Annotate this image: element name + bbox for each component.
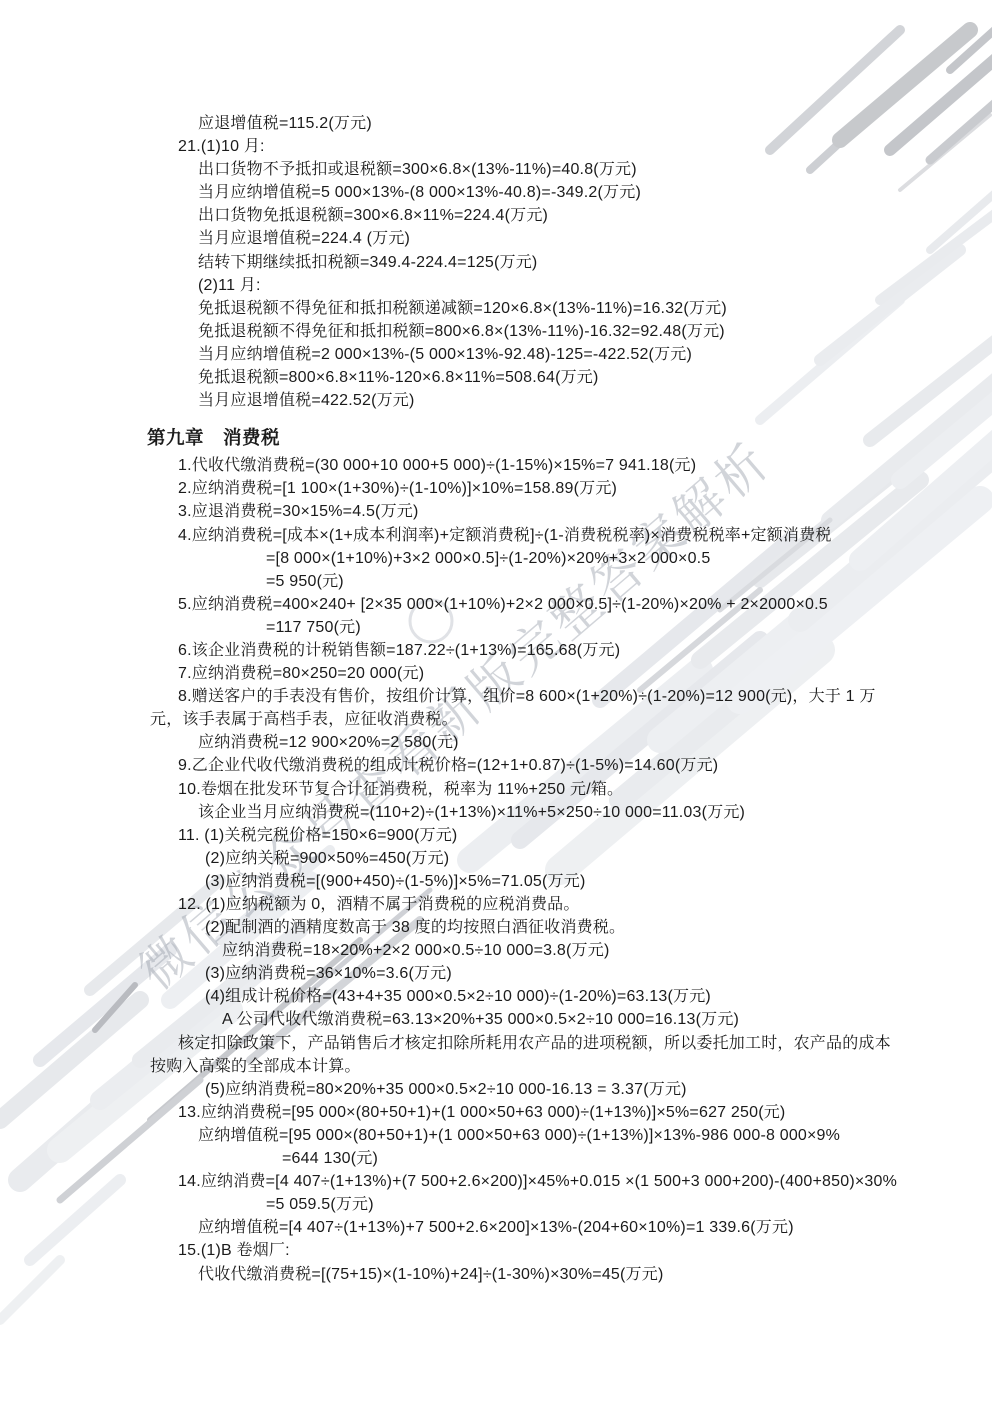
doc-line: =644 130(元): [0, 1147, 992, 1170]
doc-line: 当月应纳增值税=2 000×13%-(5 000×13%-92.48)-125=…: [0, 343, 992, 366]
doc-line: 按购入高粱的全部成本计算。: [0, 1055, 992, 1078]
doc-line: 21.(1)10 月:: [0, 135, 992, 158]
doc-line: A 公司代收代缴消费税=63.13×20%+35 000×0.5×2÷10 00…: [0, 1008, 992, 1031]
doc-line: 该企业当月应纳消费税=(110+2)÷(1+13%)×11%+5×250÷10 …: [0, 801, 992, 824]
doc-line: 8.赠送客户的手表没有售价，按组价计算，组价=8 600×(1+20%)÷(1-…: [0, 685, 992, 708]
doc-line: 免抵退税额=800×6.8×11%-120×6.8×11%=508.64(万元): [0, 366, 992, 389]
document-body: 应退增值税=115.2(万元)21.(1)10 月:出口货物不予抵扣或退税额=3…: [0, 112, 992, 1286]
doc-line: 4.应纳消费税=[成本×(1+成本利润率)+定额消费税]÷(1-消费税税率)×消…: [0, 524, 992, 547]
doc-line: 免抵退税额不得免征和抵扣税额递减额=120×6.8×(13%-11%)=16.3…: [0, 297, 992, 320]
doc-line: =117 750(元): [0, 616, 992, 639]
doc-line: (2)配制酒的酒精度数高于 38 度的均按照白酒征收消费税。: [0, 916, 992, 939]
doc-line: 11. (1)关税完税价格=150×6=900(万元): [0, 824, 992, 847]
doc-line: 出口货物不予抵扣或退税额=300×6.8×(13%-11%)=40.8(万元): [0, 158, 992, 181]
doc-line: (3)应纳消费税=36×10%=3.6(万元): [0, 962, 992, 985]
doc-line: 核定扣除政策下，产品销售后才核定扣除所耗用农产品的进项税额，所以委托加工时，农产…: [0, 1032, 992, 1055]
doc-line: 1.代收代缴消费税=(30 000+10 000+5 000)÷(1-15%)×…: [0, 454, 992, 477]
doc-line: (2)应纳关税=900×50%=450(万元): [0, 847, 992, 870]
doc-line: (3)应纳消费税=[(900+450)÷(1-5%)]×5%=71.05(万元): [0, 870, 992, 893]
doc-line: 13.应纳消费税=[95 000×(80+50+1)+(1 000×50+63 …: [0, 1101, 992, 1124]
doc-line: 免抵退税额不得免征和抵扣税额=800×6.8×(13%-11%)-16.32=9…: [0, 320, 992, 343]
doc-line: 代收代缴消费税=[(75+15)×(1-10%)+24]÷(1-30%)×30%…: [0, 1263, 992, 1286]
doc-line: =5 059.5(万元): [0, 1193, 992, 1216]
page: 微信公众号查看新版完整答案解析 应退增值税=115.2(万元)21.(1)10 …: [0, 0, 992, 1403]
doc-line: 3.应退消费税=30×15%=4.5(万元): [0, 500, 992, 523]
doc-line: (2)11 月:: [0, 274, 992, 297]
doc-line: 当月应纳增值税=5 000×13%-(8 000×13%-40.8)=-349.…: [0, 181, 992, 204]
doc-line: 6.该企业消费税的计税销售额=187.22÷(1+13%)=165.68(万元): [0, 639, 992, 662]
doc-line: =[8 000×(1+10%)+3×2 000×0.5]÷(1-20%)×20%…: [0, 547, 992, 570]
doc-line: 2.应纳消费税=[1 100×(1+30%)÷(1-10%)]×10%=158.…: [0, 477, 992, 500]
doc-line: 14.应纳消费=[4 407÷(1+13%)+(7 500+2.6×200)]×…: [0, 1170, 992, 1193]
doc-line: 结转下期继续抵扣税额=349.4-224.4=125(万元): [0, 251, 992, 274]
doc-line: 应纳消费税=12 900×20%=2 580(元): [0, 731, 992, 754]
doc-line: 应纳增值税=[4 407÷(1+13%)+7 500+2.6×200]×13%-…: [0, 1216, 992, 1239]
doc-line: 应纳增值税=[95 000×(80+50+1)+(1 000×50+63 000…: [0, 1124, 992, 1147]
doc-line: 5.应纳消费税=400×240+ [2×35 000×(1+10%)+2×2 0…: [0, 593, 992, 616]
doc-line: (5)应纳消费税=80×20%+35 000×0.5×2÷10 000-16.1…: [0, 1078, 992, 1101]
doc-line: 当月应退增值税=224.4 (万元): [0, 227, 992, 250]
doc-line: 9.乙企业代收代缴消费税的组成计税价格=(12+1+0.87)÷(1-5%)=1…: [0, 754, 992, 777]
doc-line: 当月应退增值税=422.52(万元): [0, 389, 992, 412]
chapter-heading: 第九章 消费税: [0, 425, 992, 451]
doc-line: 15.(1)B 卷烟厂:: [0, 1239, 992, 1262]
doc-line: 应纳消费税=18×20%+2×2 000×0.5÷10 000=3.8(万元): [0, 939, 992, 962]
doc-line: 出口货物免抵退税额=300×6.8×11%=224.4(万元): [0, 204, 992, 227]
doc-line: 10.卷烟在批发环节复合计征消费税，税率为 11%+250 元/箱。: [0, 778, 992, 801]
doc-line: =5 950(元): [0, 570, 992, 593]
doc-line: 12. (1)应纳税额为 0，酒精不属于消费税的应税消费品。: [0, 893, 992, 916]
doc-line: 7.应纳消费税=80×250=20 000(元): [0, 662, 992, 685]
doc-line: 元，该手表属于高档手表，应征收消费税。: [0, 708, 992, 731]
doc-line: 应退增值税=115.2(万元): [0, 112, 992, 135]
doc-line: (4)组成计税价格=(43+4+35 000×0.5×2÷10 000)÷(1-…: [0, 985, 992, 1008]
